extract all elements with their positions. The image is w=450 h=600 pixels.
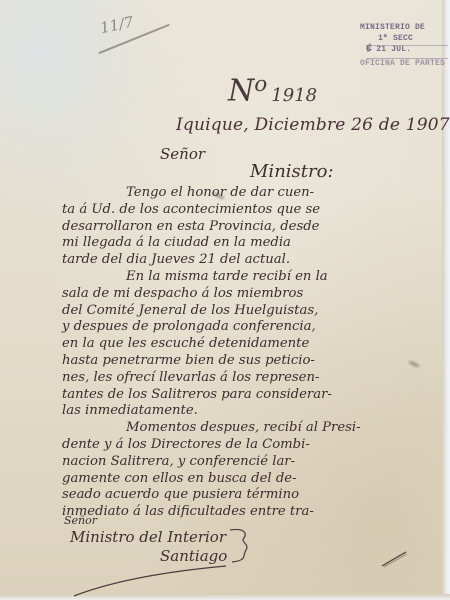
letter-body: Tengo el honor de dar cuen- ta á Ud. de … — [62, 185, 414, 521]
body-line: desarrollaron en esta Provincia, desde — [62, 219, 414, 236]
stamp-line-section: 1ª SECC — [360, 33, 450, 44]
body-line: Momentos despues, recibí al Presi- — [62, 420, 414, 437]
pencil-mark-icon — [380, 548, 410, 568]
page-edge-right — [442, 0, 450, 600]
stamp-line-ministry: MINISTERIO DE — [360, 22, 450, 33]
body-line: gamente con ellos en busca del de- — [62, 471, 414, 488]
body-line: las inmediatamente. — [62, 403, 414, 420]
addressee-title: Ministro: — [250, 161, 334, 182]
address-salutation: Señor — [64, 514, 97, 527]
number-prefix: N — [228, 74, 254, 109]
document-page: MINISTERIO DE 1ª SECC ₡21 JUL. OFICINA D… — [0, 0, 450, 600]
body-line: tantes de los Salitreros para considerar… — [62, 387, 414, 404]
body-line: y despues de prolongada conferencia, — [62, 319, 414, 336]
address-title: Ministro del Interior — [70, 528, 226, 546]
stamp-line-office: OFICINA DE PARTES — [360, 58, 450, 69]
ministry-stamp: MINISTERIO DE 1ª SECC ₡21 JUL. OFICINA D… — [360, 22, 450, 69]
salutation: Señor — [160, 145, 205, 163]
body-line: Tengo el honor de dar cuen- — [62, 185, 414, 202]
brace-flourish-icon — [228, 526, 258, 566]
folio-mark: 11/7 — [98, 13, 135, 38]
document-number: No1918 — [228, 72, 317, 109]
body-line: sala de mi despacho á los miembros — [62, 286, 414, 303]
dateline: Iquique, Diciembre 26 de 1907. — [176, 115, 450, 135]
body-line: tarde del dia Jueves 21 del actual. — [62, 252, 414, 269]
number-value: 1918 — [271, 85, 317, 106]
number-suffix: o — [254, 72, 267, 97]
body-line: inmediato á las dificultades entre tra- — [62, 504, 414, 521]
body-line: del Comité Jeneral de los Huelguistas, — [62, 303, 414, 320]
body-line: seado acuerdo que pusiera término — [62, 487, 414, 504]
stamp-rule — [366, 45, 448, 46]
body-line: nacion Salitrera, y conferencié lar- — [62, 454, 414, 471]
body-line: dente y á los Directores de la Combi- — [62, 437, 414, 454]
body-line: En la misma tarde recibí en la — [62, 269, 414, 286]
signature-flourish-icon — [70, 560, 230, 600]
body-line: en la que les escuché detenidamente — [62, 336, 414, 353]
body-line: nes, les ofrecí llevarlas á los represen… — [62, 370, 414, 387]
stamp-date: 21 JUL. — [376, 45, 411, 54]
body-line: ta á Ud. de los acontecimientos que se — [62, 202, 414, 219]
body-line: hasta penetrarme bien de sus peticio- — [62, 353, 414, 370]
body-line: mi llegada á la ciudad en la media — [62, 235, 414, 252]
